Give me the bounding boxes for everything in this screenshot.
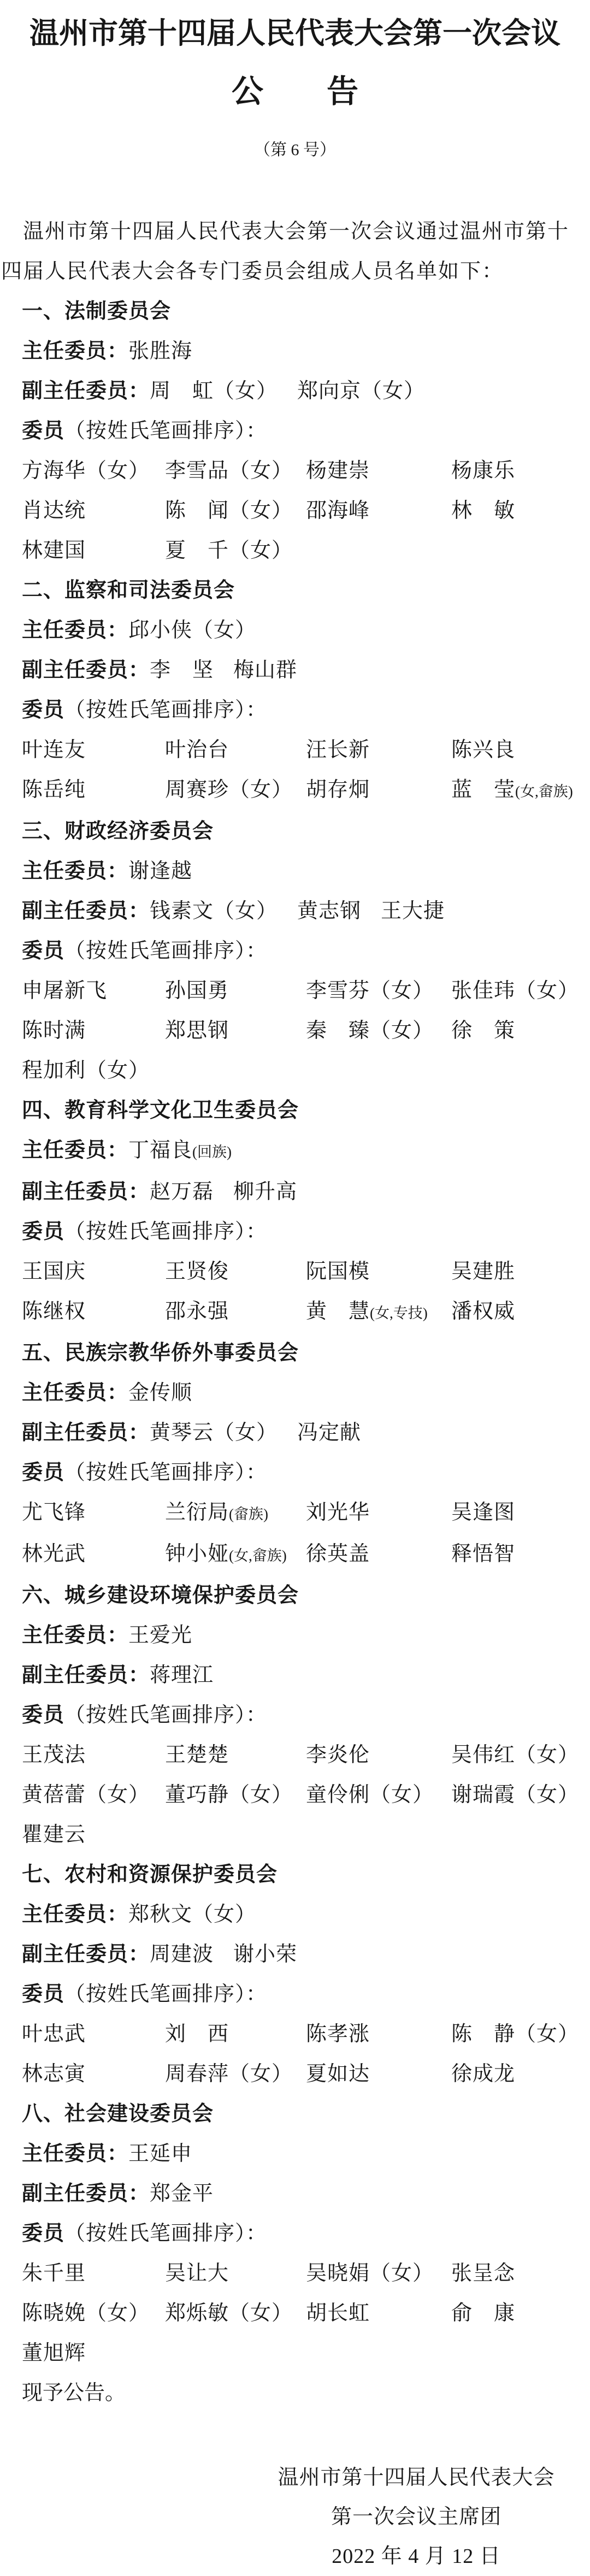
member-name: 林建国 xyxy=(22,531,165,571)
members-sort-note: （按姓氏笔画排序）： xyxy=(64,2222,267,2245)
vice-chair-name: 谢小荣 xyxy=(233,1943,297,1966)
member-name: 瞿建云 xyxy=(22,1815,165,1855)
signature-date: 2022 年 4 月 12 日 xyxy=(274,2537,558,2576)
members-label: 委员 xyxy=(22,1461,64,1484)
member-row: 陈岳纯周赛珍（女）胡存炯蓝 莹(女,畲族) xyxy=(22,770,590,812)
committee-section: 三、财政经济委员会 主任委员：谢逢越 副主任委员：钱素文（女）黄志钢王大捷 委员… xyxy=(0,812,590,1091)
vice-chair-names: 赵万磊柳升高 xyxy=(150,1180,297,1203)
vice-chair-line: 副主任委员：赵万磊柳升高 xyxy=(22,1172,590,1212)
member-name: 叶治台 xyxy=(165,730,306,770)
vice-chair-name: 李 坚 xyxy=(150,659,214,682)
vice-chair-line: 副主任委员：周建波谢小荣 xyxy=(22,1935,590,1975)
vice-chair-name: 郑金平 xyxy=(150,2182,214,2205)
member-name: 童伶俐（女） xyxy=(306,1775,451,1815)
vice-chair-name: 赵万磊 xyxy=(150,1180,214,1203)
vice-chair-label: 副主任委员： xyxy=(22,1180,150,1203)
member-annotation: (回族) xyxy=(192,1144,232,1160)
members-label-line: 委员（按姓氏笔画排序）： xyxy=(22,1975,590,2014)
member-name: 李雪芬（女） xyxy=(306,971,451,1011)
document-title: 温州市第十四届人民代表大会第一次会议 xyxy=(0,14,590,52)
members-label-line: 委员（按姓氏笔画排序）： xyxy=(22,1453,590,1493)
closing-line: 现予公告。 xyxy=(22,2373,590,2413)
members-label-line: 委员（按姓氏笔画排序）： xyxy=(22,931,590,971)
member-row: 叶忠武刘 西陈孝涨陈 静（女） xyxy=(22,2014,590,2054)
member-row: 尤飞锋兰衍局(畲族)刘光华吴逢图 xyxy=(22,1493,590,1534)
members-label-line: 委员（按姓氏笔画排序）： xyxy=(22,1212,590,1252)
member-row: 林志寅周春萍（女）夏如达徐成龙 xyxy=(22,2054,590,2094)
member-annotation: (女,专技) xyxy=(370,1305,428,1321)
announcement-heading: 公 告 xyxy=(0,71,590,113)
member-rows: 王国庆王贤俊阮国模吴建胜陈继权邵永强黄 慧(女,专技)潘权威 xyxy=(0,1252,590,1333)
member-rows: 叶连友叶治台汪长新陈兴良陈岳纯周赛珍（女）胡存炯蓝 莹(女,畲族) xyxy=(0,730,590,812)
member-rows: 朱千里吴让大吴晓娟（女）张呈念陈晓娩（女）郑烁敏（女）胡长虹俞 康董旭辉 xyxy=(0,2254,590,2373)
committee-heading: 七、农村和资源保护委员会 xyxy=(22,1855,590,1895)
vice-chair-name: 黄琴云（女） xyxy=(150,1421,278,1444)
member-row: 黄蓓蕾（女）董巧静（女）童伶俐（女）谢瑞霞（女） xyxy=(22,1775,590,1815)
members-sort-note: （按姓氏笔画排序）： xyxy=(64,1220,267,1243)
committee-section: 七、农村和资源保护委员会 主任委员：郑秋文（女） 副主任委员：周建波谢小荣 委员… xyxy=(0,1855,590,2094)
committee-section: 一、法制委员会 主任委员：张胜海 副主任委员：周 虹（女）郑向京（女） 委员（按… xyxy=(0,292,590,571)
member-name: 申屠新飞 xyxy=(22,971,165,1011)
member-name: 张佳玮（女） xyxy=(451,971,590,1011)
member-name: 陈岳纯 xyxy=(22,770,165,812)
chair-name: 邱小侠（女） xyxy=(128,619,256,642)
member-row: 瞿建云 xyxy=(22,1815,590,1855)
member-rows: 申屠新飞孙国勇李雪芬（女）张佳玮（女）陈时满郑思钢秦 臻（女）徐 策程加利（女） xyxy=(0,971,590,1091)
member-name: 潘权威 xyxy=(451,1292,590,1333)
members-sort-note: （按姓氏笔画排序）： xyxy=(64,1461,267,1484)
vice-chair-label: 副主任委员： xyxy=(22,2182,150,2205)
member-name: 林志寅 xyxy=(22,2054,165,2094)
member-name: 尤飞锋 xyxy=(22,1493,165,1534)
chair-label: 主任委员： xyxy=(22,860,128,883)
member-name: 钟小娅(女,畲族) xyxy=(165,1534,306,1576)
committee-section: 二、监察和司法委员会 主任委员：邱小侠（女） 副主任委员：李 坚梅山群 委员（按… xyxy=(0,571,590,812)
member-row: 叶连友叶治台汪长新陈兴良 xyxy=(22,730,590,770)
issue-number: （第 6 号） xyxy=(0,139,590,162)
member-annotation: (畲族) xyxy=(229,1506,268,1522)
chair-label: 主任委员： xyxy=(22,619,128,642)
member-name: 程加利（女） xyxy=(22,1051,165,1091)
member-name: 陈 静（女） xyxy=(451,2014,590,2054)
committee-heading: 一、法制委员会 xyxy=(22,292,590,332)
members-label-line: 委员（按姓氏笔画排序）： xyxy=(22,2214,590,2254)
member-name: 陈兴良 xyxy=(451,730,590,770)
vice-chair-names: 周建波谢小荣 xyxy=(150,1943,297,1966)
member-name: 孙国勇 xyxy=(165,971,306,1011)
member-name: 王楚楚 xyxy=(165,1735,306,1775)
vice-chair-name: 冯定献 xyxy=(297,1421,361,1444)
member-name: 陈孝涨 xyxy=(306,2014,451,2054)
member-name: 俞 康 xyxy=(451,2294,590,2333)
chair-line: 主任委员：王延申 xyxy=(22,2134,590,2174)
member-name: 叶忠武 xyxy=(22,2014,165,2054)
member-name: 徐英盖 xyxy=(306,1534,451,1576)
committee-heading: 四、教育科学文化卫生委员会 xyxy=(22,1091,590,1131)
vice-chair-name: 周 虹（女） xyxy=(150,380,278,403)
member-row: 陈继权邵永强黄 慧(女,专技)潘权威 xyxy=(22,1292,590,1333)
member-rows: 尤飞锋兰衍局(畲族)刘光华吴逢图林光武钟小娅(女,畲族)徐英盖释悟智 xyxy=(0,1493,590,1576)
vice-chair-name: 梅山群 xyxy=(233,659,297,682)
members-sort-note: （按姓氏笔画排序）： xyxy=(64,1983,267,2006)
members-label: 委员 xyxy=(22,940,64,962)
committee-heading: 五、民族宗教华侨外事委员会 xyxy=(22,1333,590,1373)
members-sort-note: （按姓氏笔画排序）： xyxy=(64,420,267,442)
member-name: 邵海峰 xyxy=(306,491,451,531)
member-name: 陈晓娩（女） xyxy=(22,2294,165,2333)
vice-chair-label: 副主任委员： xyxy=(22,1943,150,1966)
chair-label: 主任委员： xyxy=(22,340,128,363)
member-name: 吴建胜 xyxy=(451,1252,590,1292)
vice-chair-name: 蒋理江 xyxy=(150,1664,214,1687)
committee-heading: 六、城乡建设环境保护委员会 xyxy=(22,1576,590,1616)
member-name: 秦 臻（女） xyxy=(306,1011,451,1051)
member-name: 李雪品（女） xyxy=(165,451,306,491)
member-row: 程加利（女） xyxy=(22,1051,590,1091)
vice-chair-names: 蒋理江 xyxy=(150,1664,214,1687)
members-label: 委员 xyxy=(22,2222,64,2245)
chair-label: 主任委员： xyxy=(22,2142,128,2165)
member-annotation: (女,畲族) xyxy=(229,1547,287,1564)
vice-chair-name: 黄志钢 xyxy=(297,900,361,923)
vice-chair-name: 王大捷 xyxy=(381,900,445,923)
member-rows: 方海华（女）李雪品（女）杨建崇杨康乐肖达统陈 闻（女）邵海峰林 敏林建国夏 千（… xyxy=(0,451,590,571)
member-name: 刘 西 xyxy=(165,2014,306,2054)
committee-list: 一、法制委员会 主任委员：张胜海 副主任委员：周 虹（女）郑向京（女） 委员（按… xyxy=(0,292,590,2373)
member-name: 吴晓娟（女） xyxy=(306,2254,451,2294)
member-row: 肖达统陈 闻（女）邵海峰林 敏 xyxy=(22,491,590,531)
member-name: 方海华（女） xyxy=(22,451,165,491)
member-name: 吴逢图 xyxy=(451,1493,590,1534)
intro-paragraph: 温州市第十四届人民代表大会第一次会议通过温州市第十四届人民代表大会各专门委员会组… xyxy=(0,212,590,292)
member-annotation: (女,畲族) xyxy=(515,783,573,800)
chair-line: 主任委员：郑秋文（女） xyxy=(22,1895,590,1935)
member-name: 邵永强 xyxy=(165,1292,306,1333)
vice-chair-names: 钱素文（女）黄志钢王大捷 xyxy=(150,900,445,923)
member-name: 朱千里 xyxy=(22,2254,165,2294)
members-label: 委员 xyxy=(22,1220,64,1243)
chair-line: 主任委员：邱小侠（女） xyxy=(22,611,590,651)
member-name: 杨建崇 xyxy=(306,451,451,491)
announcement-document: 温州市第十四届人民代表大会第一次会议 公 告 （第 6 号） 温州市第十四届人民… xyxy=(0,0,590,2576)
member-name: 胡存炯 xyxy=(306,770,451,812)
vice-chair-name: 周建波 xyxy=(150,1943,214,1966)
chair-name: 金传顺 xyxy=(128,1381,192,1404)
vice-chair-line: 副主任委员：郑金平 xyxy=(22,2174,590,2214)
committee-section: 六、城乡建设环境保护委员会 主任委员：王爱光 副主任委员：蒋理江 委员（按姓氏笔… xyxy=(0,1576,590,1855)
vice-chair-names: 黄琴云（女）冯定献 xyxy=(150,1421,361,1444)
committee-section: 五、民族宗教华侨外事委员会 主任委员：金传顺 副主任委员：黄琴云（女）冯定献 委… xyxy=(0,1333,590,1576)
chair-name: 王爱光 xyxy=(128,1624,192,1647)
chair-name: 张胜海 xyxy=(128,340,192,363)
members-label-line: 委员（按姓氏笔画排序）： xyxy=(22,411,590,451)
vice-chair-names: 郑金平 xyxy=(150,2182,214,2205)
member-name: 肖达统 xyxy=(22,491,165,531)
member-name: 徐 策 xyxy=(451,1011,590,1051)
member-name: 汪长新 xyxy=(306,730,451,770)
members-label: 委员 xyxy=(22,1704,64,1727)
vice-chair-names: 周 虹（女）郑向京（女） xyxy=(150,380,425,403)
member-name: 徐成龙 xyxy=(451,2054,590,2094)
member-name: 周春萍（女） xyxy=(165,2054,306,2094)
chair-name: 郑秋文（女） xyxy=(128,1903,256,1926)
member-name: 黄蓓蕾（女） xyxy=(22,1775,165,1815)
member-row: 王茂法王楚楚李炎伦吴伟红（女） xyxy=(22,1735,590,1775)
member-name: 郑思钢 xyxy=(165,1011,306,1051)
vice-chair-line: 副主任委员：周 虹（女）郑向京（女） xyxy=(22,371,590,411)
member-name: 王国庆 xyxy=(22,1252,165,1292)
member-row: 董旭辉 xyxy=(22,2333,590,2373)
members-label: 委员 xyxy=(22,420,64,442)
member-row: 林建国夏 千（女） xyxy=(22,531,590,571)
chair-line: 主任委员：金传顺 xyxy=(22,1373,590,1413)
vice-chair-line: 副主任委员：钱素文（女）黄志钢王大捷 xyxy=(22,891,590,931)
member-name: 董旭辉 xyxy=(22,2333,165,2373)
members-label: 委员 xyxy=(22,699,64,722)
member-row: 陈时满郑思钢秦 臻（女）徐 策 xyxy=(22,1011,590,1051)
members-sort-note: （按姓氏笔画排序）： xyxy=(64,699,267,722)
vice-chair-label: 副主任委员： xyxy=(22,900,150,923)
member-name: 李炎伦 xyxy=(306,1735,451,1775)
vice-chair-name: 钱素文（女） xyxy=(150,900,278,923)
chair-label: 主任委员： xyxy=(22,1903,128,1926)
members-label-line: 委员（按姓氏笔画排序）： xyxy=(22,1695,590,1735)
committee-heading: 八、社会建设委员会 xyxy=(22,2094,590,2134)
member-row: 申屠新飞孙国勇李雪芬（女）张佳玮（女） xyxy=(22,971,590,1011)
chair-name: 谢逢越 xyxy=(128,860,192,883)
chair-line: 主任委员：丁福良(回族) xyxy=(22,1131,590,1172)
member-name: 刘光华 xyxy=(306,1493,451,1534)
member-name: 兰衍局(畲族) xyxy=(165,1493,306,1534)
vice-chair-label: 副主任委员： xyxy=(22,659,150,682)
member-name: 阮国模 xyxy=(306,1252,451,1292)
chair-label: 主任委员： xyxy=(22,1624,128,1647)
member-name: 陈时满 xyxy=(22,1011,165,1051)
chair-label: 主任委员： xyxy=(22,1139,128,1162)
committee-section: 八、社会建设委员会 主任委员：王延申 副主任委员：郑金平 委员（按姓氏笔画排序）… xyxy=(0,2094,590,2373)
member-name: 林光武 xyxy=(22,1534,165,1576)
member-name: 黄 慧(女,专技) xyxy=(306,1292,451,1333)
committee-heading: 三、财政经济委员会 xyxy=(22,812,590,852)
member-row: 林光武钟小娅(女,畲族)徐英盖释悟智 xyxy=(22,1534,590,1576)
member-rows: 王茂法王楚楚李炎伦吴伟红（女）黄蓓蕾（女）董巧静（女）童伶俐（女）谢瑞霞（女）瞿… xyxy=(0,1735,590,1855)
member-name: 王茂法 xyxy=(22,1735,165,1775)
vice-chair-label: 副主任委员： xyxy=(22,1421,150,1444)
committee-section: 四、教育科学文化卫生委员会 主任委员：丁福良(回族) 副主任委员：赵万磊柳升高 … xyxy=(0,1091,590,1333)
member-name: 吴伟红（女） xyxy=(451,1735,590,1775)
chair-line: 主任委员：谢逢越 xyxy=(22,852,590,891)
member-row: 王国庆王贤俊阮国模吴建胜 xyxy=(22,1252,590,1292)
member-name: 陈继权 xyxy=(22,1292,165,1333)
members-label-line: 委员（按姓氏笔画排序）： xyxy=(22,690,590,730)
committee-heading: 二、监察和司法委员会 xyxy=(22,571,590,611)
member-name: 蓝 莹(女,畲族) xyxy=(451,770,590,812)
member-name: 杨康乐 xyxy=(451,451,590,491)
vice-chair-label: 副主任委员： xyxy=(22,1664,150,1687)
member-name: 叶连友 xyxy=(22,730,165,770)
vice-chair-names: 李 坚梅山群 xyxy=(150,659,297,682)
signature-org-line1: 温州市第十四届人民代表大会 xyxy=(274,2458,558,2497)
member-name: 夏如达 xyxy=(306,2054,451,2094)
member-name: 释悟智 xyxy=(451,1534,590,1576)
chair-label: 主任委员： xyxy=(22,1381,128,1404)
members-sort-note: （按姓氏笔画排序）： xyxy=(64,940,267,962)
member-name: 林 敏 xyxy=(451,491,590,531)
member-name: 郑烁敏（女） xyxy=(165,2294,306,2333)
vice-chair-name: 郑向京（女） xyxy=(297,380,425,403)
chair-line: 主任委员：王爱光 xyxy=(22,1616,590,1656)
chair-line: 主任委员：张胜海 xyxy=(22,332,590,371)
member-name: 陈 闻（女） xyxy=(165,491,306,531)
vice-chair-line: 副主任委员：李 坚梅山群 xyxy=(22,651,590,690)
vice-chair-line: 副主任委员：黄琴云（女）冯定献 xyxy=(22,1413,590,1453)
member-row: 陈晓娩（女）郑烁敏（女）胡长虹俞 康 xyxy=(22,2294,590,2333)
member-name: 董巧静（女） xyxy=(165,1775,306,1815)
member-rows: 叶忠武刘 西陈孝涨陈 静（女）林志寅周春萍（女）夏如达徐成龙 xyxy=(0,2014,590,2094)
vice-chair-line: 副主任委员：蒋理江 xyxy=(22,1656,590,1695)
member-name: 谢瑞霞（女） xyxy=(451,1775,590,1815)
member-row: 朱千里吴让大吴晓娟（女）张呈念 xyxy=(22,2254,590,2294)
member-name: 张呈念 xyxy=(451,2254,590,2294)
member-name: 周赛珍（女） xyxy=(165,770,306,812)
member-row: 方海华（女）李雪品（女）杨建崇杨康乐 xyxy=(22,451,590,491)
chair-name: 王延申 xyxy=(128,2142,192,2165)
vice-chair-label: 副主任委员： xyxy=(22,380,150,403)
chair-name: 丁福良(回族) xyxy=(128,1139,232,1162)
member-name: 胡长虹 xyxy=(306,2294,451,2333)
members-sort-note: （按姓氏笔画排序）： xyxy=(64,1704,267,1727)
member-name: 吴让大 xyxy=(165,2254,306,2294)
member-name: 夏 千（女） xyxy=(165,531,306,571)
vice-chair-name: 柳升高 xyxy=(233,1180,297,1203)
members-label: 委员 xyxy=(22,1983,64,2006)
signature-org-line2: 第一次会议主席团 xyxy=(274,2497,558,2537)
member-name: 王贤俊 xyxy=(165,1252,306,1292)
